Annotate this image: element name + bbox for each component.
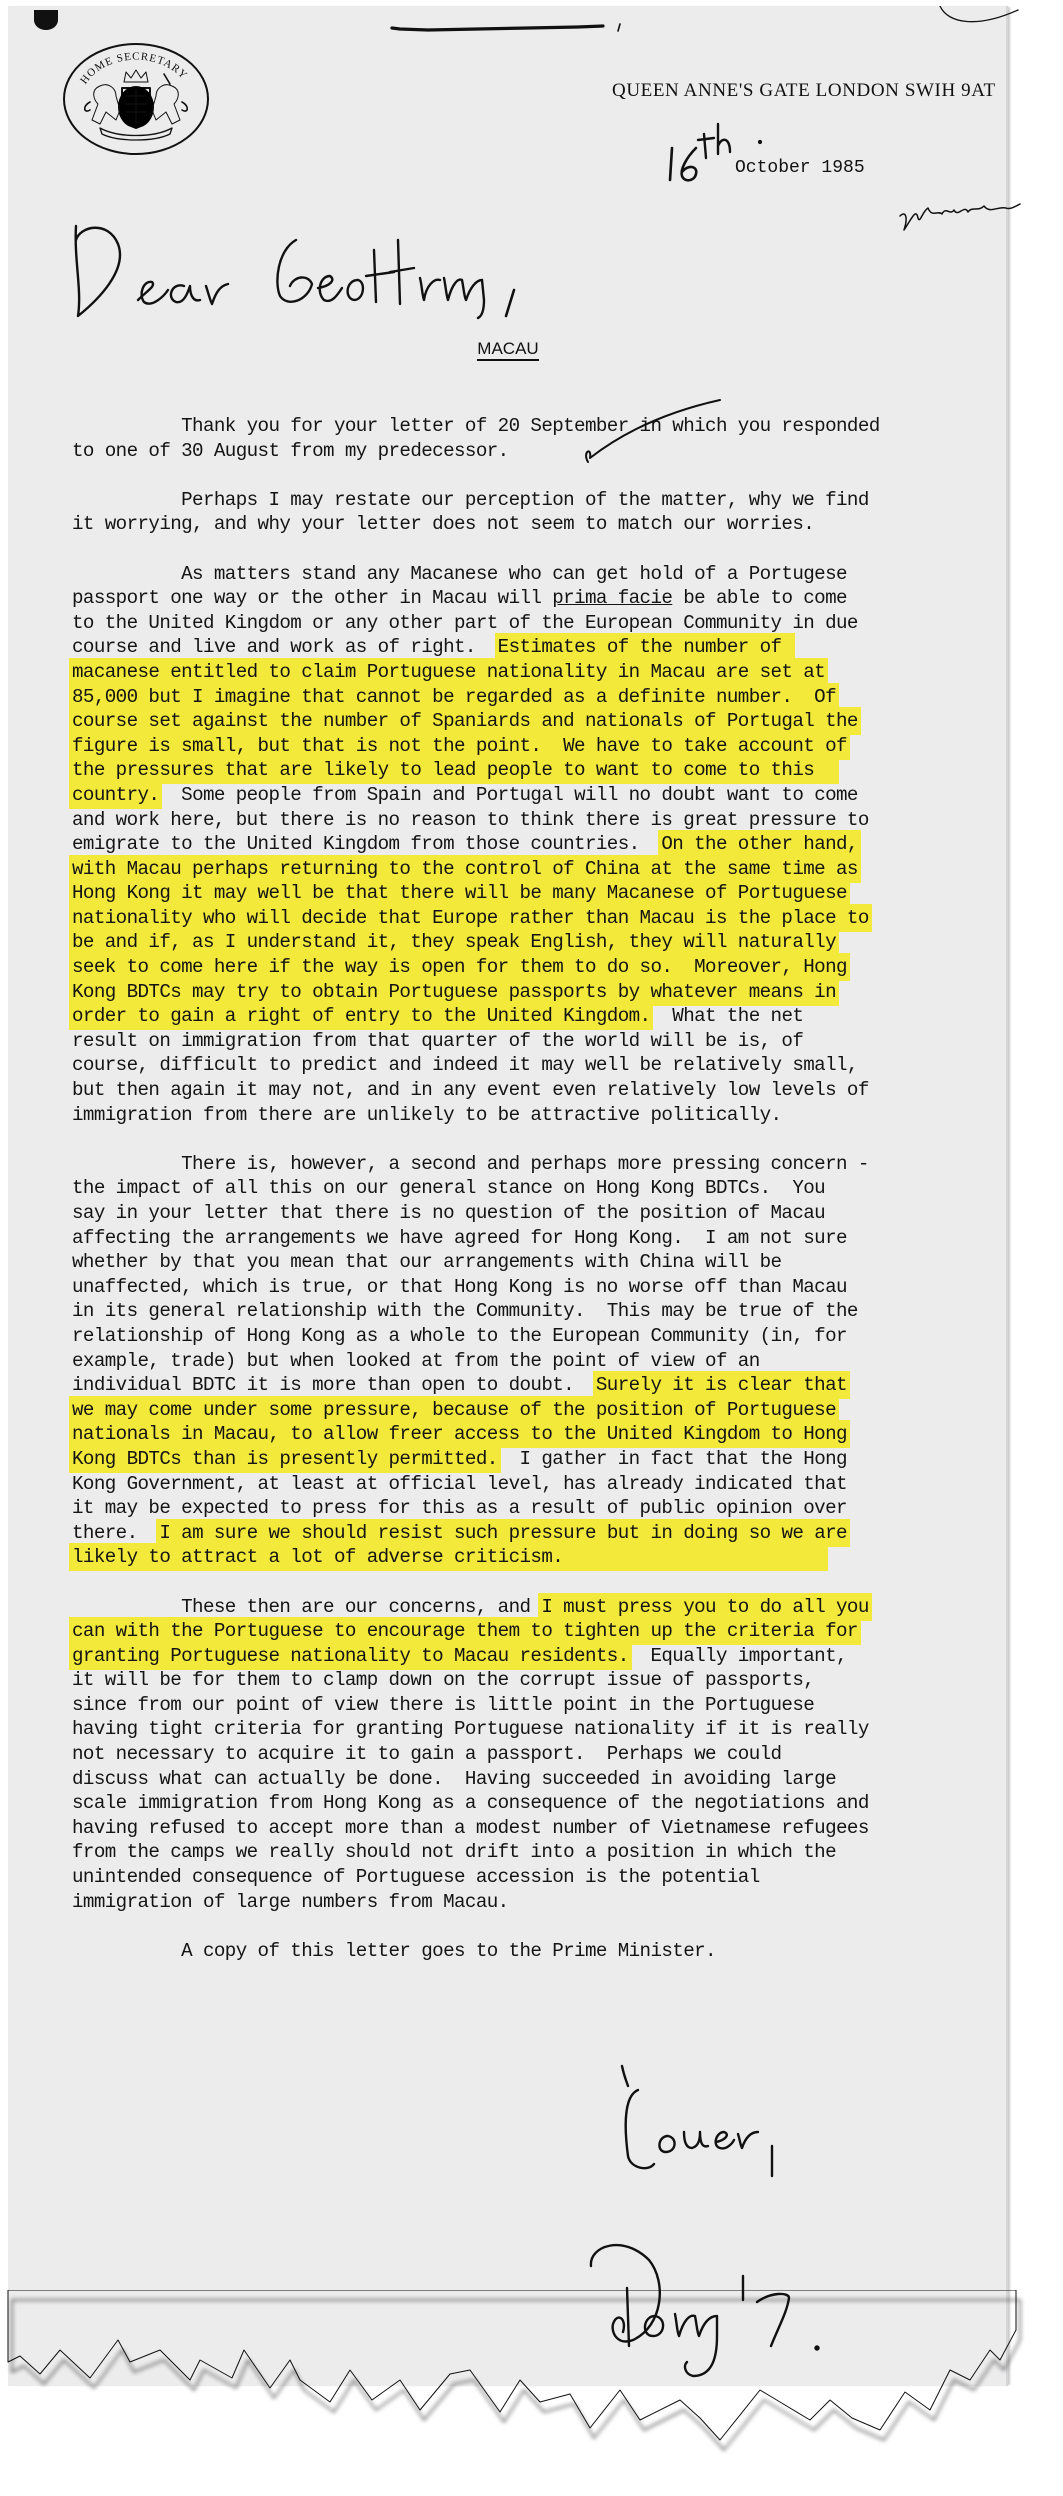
body-text: immigration from there are unlikely to b… — [72, 1104, 781, 1126]
body-line: unaffected, which is true, or that Hong … — [72, 1275, 1002, 1300]
underlined-text: prima facie — [552, 587, 672, 609]
body-line: be and if, as I understand it, they spea… — [72, 930, 1002, 955]
highlighted-text: order to gain a right of entry to the Un… — [72, 1005, 650, 1027]
body-line: result on immigration from that quarter … — [72, 1029, 1002, 1054]
body-text: emigrate to the United Kingdom from thos… — [72, 833, 661, 855]
body-line: in its general relationship with the Com… — [72, 1299, 1002, 1324]
body-text: but then again it may not, and in any ev… — [72, 1079, 869, 1101]
highlighted-text: we may come under some pressure, because… — [72, 1399, 836, 1421]
paragraph-gap — [72, 1570, 1002, 1595]
highlighted-text: Kong BDTCs than is presently permitted. — [72, 1448, 498, 1470]
punch-hole — [34, 10, 58, 30]
body-text: As matters stand any Macanese who can ge… — [72, 563, 847, 585]
body-line: course and live and work as of right. Es… — [72, 635, 1002, 660]
body-line: scale immigration from Hong Kong as a co… — [72, 1791, 1002, 1816]
body-line: and work here, but there is no reason to… — [72, 808, 1002, 833]
body-line: say in your letter that there is no ques… — [72, 1201, 1002, 1226]
body-text: I gather in fact that the Hong — [498, 1448, 847, 1470]
body-text: whether by that you mean that our arrang… — [72, 1251, 781, 1273]
body-line: Kong BDTCs may try to obtain Portuguese … — [72, 980, 1002, 1005]
body-text: it may be expected to press for this as … — [72, 1497, 847, 1519]
paragraph-gap — [72, 1127, 1002, 1152]
handwritten-initials — [898, 188, 1023, 238]
body-text: course and live and work as of right. — [72, 636, 498, 658]
body-text: it worrying, and why your letter does no… — [72, 513, 814, 535]
body-line: whether by that you mean that our arrang… — [72, 1250, 1002, 1275]
body-text: individual BDTC it is more than open to … — [72, 1374, 596, 1396]
body-line: it may be expected to press for this as … — [72, 1496, 1002, 1521]
body-line: it will be for them to clamp down on the… — [72, 1668, 1002, 1693]
body-line: we may come under some pressure, because… — [72, 1398, 1002, 1423]
highlighted-text: with Macau perhaps returning to the cont… — [72, 858, 858, 880]
typed-date: October 1985 — [735, 158, 865, 178]
highlighted-text: the pressures that are likely to lead pe… — [72, 759, 836, 781]
body-text: relationship of Hong Kong as a whole to … — [72, 1325, 847, 1347]
body-line: Thank you for your letter of 20 Septembe… — [72, 414, 1002, 439]
body-line: Kong Government, at least at official le… — [72, 1472, 1002, 1497]
body-line: passport one way or the other in Macau w… — [72, 586, 1002, 611]
body-line: emigrate to the United Kingdom from thos… — [72, 832, 1002, 857]
body-text: to the United Kingdom or any other part … — [72, 612, 858, 634]
body-line: unintended consequence of Portuguese acc… — [72, 1865, 1002, 1890]
body-text: unaffected, which is true, or that Hong … — [72, 1276, 847, 1298]
body-text: the impact of all this on our general st… — [72, 1177, 825, 1199]
handwritten-salutation — [68, 220, 638, 320]
highlighted-text: be and if, as I understand it, they spea… — [72, 931, 836, 953]
body-line: A copy of this letter goes to the Prime … — [72, 1939, 1002, 1964]
body-line: there. I am sure we should resist such p… — [72, 1521, 1002, 1546]
body-text: having refused to accept more than a mod… — [72, 1817, 869, 1839]
body-line: the impact of all this on our general st… — [72, 1176, 1002, 1201]
body-text: example, trade) but when looked at from … — [72, 1350, 760, 1372]
highlighted-text: Hong Kong it may well be that there will… — [72, 882, 847, 904]
body-text: What the net — [650, 1005, 803, 1027]
body-text: not necessary to acquire it to gain a pa… — [72, 1743, 781, 1765]
body-line: Kong BDTCs than is presently permitted. … — [72, 1447, 1002, 1472]
body-line: with Macau perhaps returning to the cont… — [72, 857, 1002, 882]
svg-text:HOME SECRETARY: HOME SECRETARY — [78, 51, 190, 87]
body-line: These then are our concerns, and I must … — [72, 1595, 1002, 1620]
body-line: to the United Kingdom or any other part … — [72, 611, 1002, 636]
body-text: say in your letter that there is no ques… — [72, 1202, 825, 1224]
body-text: and work here, but there is no reason to… — [72, 809, 869, 831]
body-line: 85,000 but I imagine that cannot be rega… — [72, 685, 1002, 710]
highlighted-text: can with the Portuguese to encourage the… — [72, 1620, 858, 1642]
highlighted-text: I must press you to do all you — [541, 1596, 868, 1618]
body-text: These then are our concerns, and — [72, 1596, 541, 1618]
body-line: relationship of Hong Kong as a whole to … — [72, 1324, 1002, 1349]
body-text: A copy of this letter goes to the Prime … — [72, 1940, 716, 1962]
body-text: affecting the arrangements we have agree… — [72, 1227, 847, 1249]
body-text: There is, however, a second and perhaps … — [72, 1153, 869, 1175]
highlighted-text: Estimates of the number of — [498, 636, 793, 658]
body-text: scale immigration from Hong Kong as a co… — [72, 1792, 869, 1814]
highlighted-text: granting Portuguese nationality to Macau… — [72, 1645, 629, 1667]
highlighted-text: likely to attract a lot of adverse criti… — [72, 1546, 825, 1568]
body-line: nationality who will decide that Europe … — [72, 906, 1002, 931]
body-line: likely to attract a lot of adverse criti… — [72, 1545, 1002, 1570]
highlighted-text: Surely it is clear that — [596, 1374, 847, 1396]
body-line: immigration from there are unlikely to b… — [72, 1103, 1002, 1128]
body-line: since from our point of view there is li… — [72, 1693, 1002, 1718]
body-line: Perhaps I may restate our perception of … — [72, 488, 1002, 513]
body-line: from the camps we really should not drif… — [72, 1840, 1002, 1865]
body-line: having tight criteria for granting Portu… — [72, 1717, 1002, 1742]
handwritten-closing — [608, 2056, 848, 2186]
body-text: Equally important, — [629, 1645, 847, 1667]
body-line: example, trade) but when looked at from … — [72, 1349, 1002, 1374]
body-line: not necessary to acquire it to gain a pa… — [72, 1742, 1002, 1767]
body-line: macanese entitled to claim Portuguese na… — [72, 660, 1002, 685]
paragraph-gap — [72, 1914, 1002, 1939]
body-text: in its general relationship with the Com… — [72, 1300, 858, 1322]
body-line: order to gain a right of entry to the Un… — [72, 1004, 1002, 1029]
highlighted-text: course set against the number of Spaniar… — [72, 710, 858, 732]
highlighted-text: seek to come here if the way is open for… — [72, 956, 847, 978]
paragraph-gap — [72, 463, 1002, 488]
body-line: individual BDTC it is more than open to … — [72, 1373, 1002, 1398]
body-text: be able to come — [672, 587, 847, 609]
body-line: As matters stand any Macanese who can ge… — [72, 562, 1002, 587]
body-line: country. Some people from Spain and Port… — [72, 783, 1002, 808]
body-text: discuss what can actually be done. Havin… — [72, 1768, 836, 1790]
body-text: course, difficult to predict and indeed … — [72, 1054, 858, 1076]
body-line: figure is small, but that is not the poi… — [72, 734, 1002, 759]
body-line: There is, however, a second and perhaps … — [72, 1152, 1002, 1177]
top-scribble-mark — [388, 20, 628, 34]
body-line: having refused to accept more than a mod… — [72, 1816, 1002, 1841]
body-text: Thank you for your letter of 20 Septembe… — [72, 415, 880, 437]
body-line: granting Portuguese nationality to Macau… — [72, 1644, 1002, 1669]
letter-page: HOME SECRETARY QUEEN ANNE'S GATE LONDON … — [8, 6, 1008, 2386]
body-text: unintended consequence of Portuguese acc… — [72, 1866, 760, 1888]
body-text: Some people from Spain and Portugal will… — [159, 784, 858, 806]
body-text: result on immigration from that quarter … — [72, 1030, 803, 1052]
body-text: from the camps we really should not drif… — [72, 1841, 836, 1863]
highlighted-text: nationality who will decide that Europe … — [72, 907, 869, 929]
body-text: to one of 30 August from my predecessor. — [72, 440, 509, 462]
highlighted-text: nationals in Macau, to allow freer acces… — [72, 1423, 847, 1445]
body-line: discuss what can actually be done. Havin… — [72, 1767, 1002, 1792]
paragraph-gap — [72, 537, 1002, 562]
body-text: it will be for them to clamp down on the… — [72, 1669, 814, 1691]
torn-paper-edge — [0, 2290, 1063, 2496]
body-text: passport one way or the other in Macau w… — [72, 587, 552, 609]
corner-pencil-mark — [938, 6, 1028, 32]
body-line: it worrying, and why your letter does no… — [72, 512, 1002, 537]
subject-heading: MACAU — [8, 339, 1008, 359]
body-text: Perhaps I may restate our perception of … — [72, 489, 869, 511]
body-line: affecting the arrangements we have agree… — [72, 1226, 1002, 1251]
highlighted-text: figure is small, but that is not the poi… — [72, 735, 847, 757]
highlighted-text: 85,000 but I imagine that cannot be rega… — [72, 686, 836, 708]
body-line: nationals in Macau, to allow freer acces… — [72, 1422, 1002, 1447]
letterhead-address: QUEEN ANNE'S GATE LONDON SWIH 9AT — [612, 80, 996, 102]
body-line: can with the Portuguese to encourage the… — [72, 1619, 1002, 1644]
body-text: Kong Government, at least at official le… — [72, 1473, 847, 1495]
body-line: seek to come here if the way is open for… — [72, 955, 1002, 980]
body-text: since from our point of view there is li… — [72, 1694, 814, 1716]
body-line: Hong Kong it may well be that there will… — [72, 881, 1002, 906]
body-text: having tight criteria for granting Portu… — [72, 1718, 869, 1740]
subject-text: MACAU — [477, 339, 538, 361]
highlighted-text: macanese entitled to claim Portuguese na… — [72, 661, 825, 683]
crest-label: HOME SECRETARY — [78, 51, 190, 87]
body-line: to one of 30 August from my predecessor. — [72, 439, 1002, 464]
highlighted-text: On the other hand, — [661, 833, 857, 855]
body-line: immigration of large numbers from Macau. — [72, 1890, 1002, 1915]
body-line: but then again it may not, and in any ev… — [72, 1078, 1002, 1103]
highlighted-text: country. — [72, 784, 159, 806]
body-line: the pressures that are likely to lead pe… — [72, 758, 1002, 783]
body-line: course set against the number of Spaniar… — [72, 709, 1002, 734]
body-text: there. — [72, 1522, 159, 1544]
letter-body: Thank you for your letter of 20 Septembe… — [72, 414, 1002, 1963]
highlighted-text: Kong BDTCs may try to obtain Portuguese … — [72, 981, 836, 1003]
body-line: course, difficult to predict and indeed … — [72, 1053, 1002, 1078]
highlighted-text: I am sure we should resist such pressure… — [159, 1522, 847, 1544]
home-secretary-crest: HOME SECRETARY — [60, 40, 212, 158]
body-text: immigration of large numbers from Macau. — [72, 1891, 509, 1913]
